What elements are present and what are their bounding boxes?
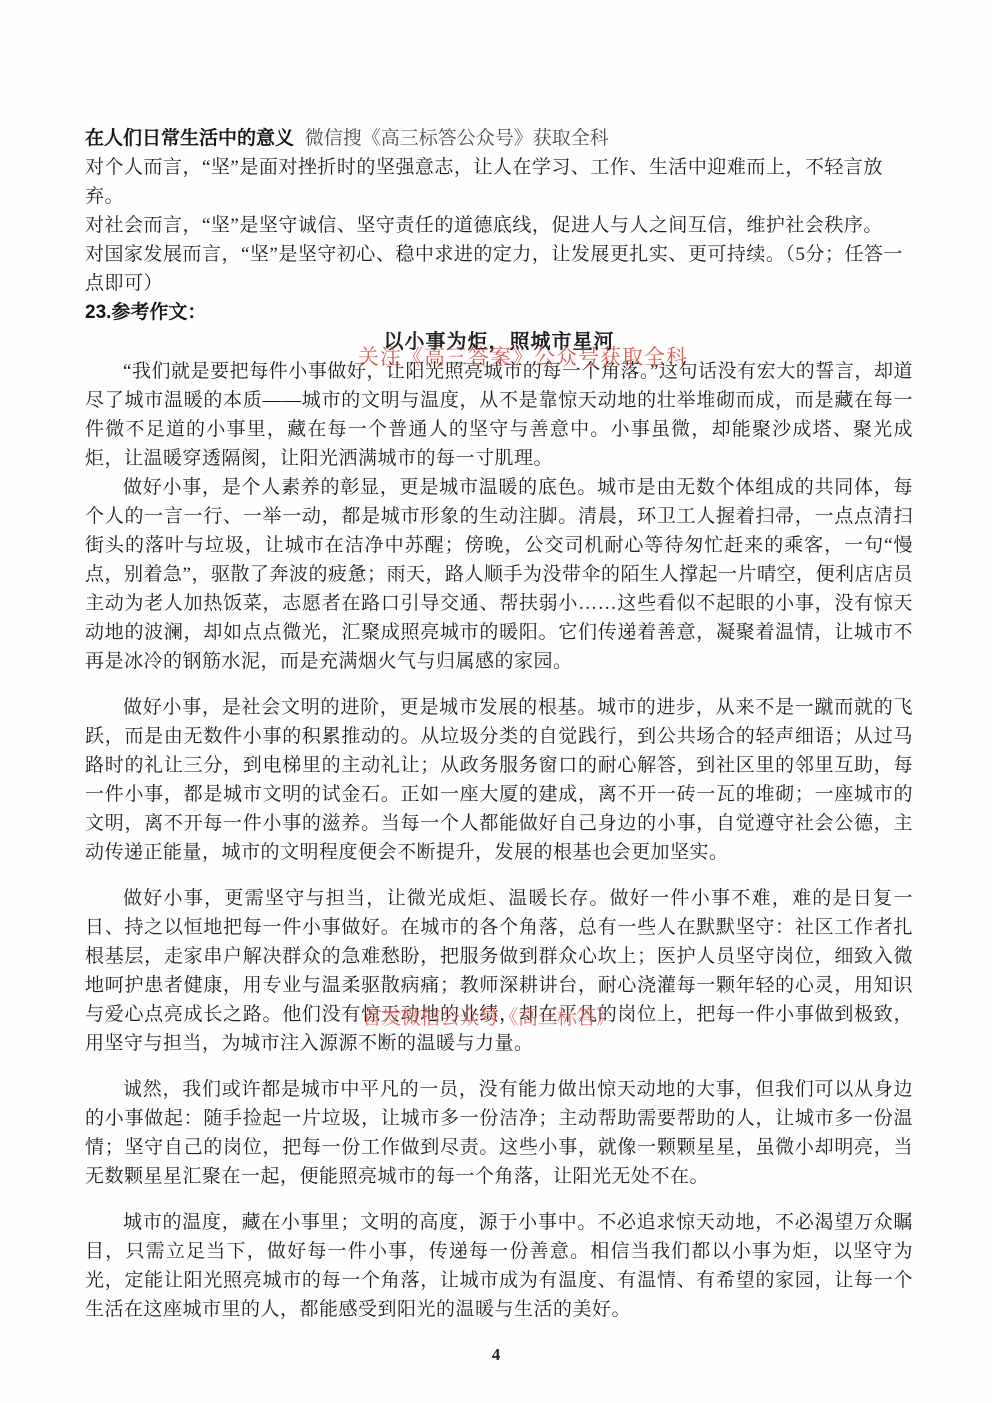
model-essay: 以小事为炬，照城市星河 “我们就是要把每件小事做好，让阳光照亮城市的每一个角落。… xyxy=(85,327,913,1324)
page-number: 4 xyxy=(0,1345,992,1365)
essay-paragraph-1: “我们就是要把每件小事做好，让阳光照亮城市的每一个角落。”这句话没有宏大的誓言，… xyxy=(85,357,913,473)
essay-paragraph-5: 诚然，我们或许都是城市中平凡的一员，没有能力做出惊天动地的大事，但我们可以从身边… xyxy=(85,1075,913,1191)
essay-paragraph-2: 做好小事，是个人素养的彰显，更是城市温暖的底色。城市是由无数个体组成的共同体，每… xyxy=(85,473,913,676)
answer-point-nation: 对国家发展而言，“坚”是坚守初心、稳中求进的定力，让发展更扎实、更可持续。（5分… xyxy=(85,240,913,298)
answer-continuation-line: 在人们日常生活中的意义 微信搜《高三标答公众号》获取全科 xyxy=(85,124,913,153)
essay-title: 以小事为炬，照城市星河 xyxy=(85,327,913,357)
answer-point-society: 对社会而言，“坚”是坚守诚信、坚守责任的道德底线，促进人与人之间互信，维护社会秩… xyxy=(85,211,913,240)
document-page: 在人们日常生活中的意义 微信搜《高三标答公众号》获取全科 对个人而言，“坚”是面… xyxy=(0,0,992,1403)
page-content: 在人们日常生活中的意义 微信搜《高三标答公众号》获取全科 对个人而言，“坚”是面… xyxy=(85,124,913,1324)
answer-point-individual: 对个人而言，“坚”是面对挫折时的坚强意志，让人在学习、工作、生活中迎难而上，不轻… xyxy=(85,153,913,211)
essay-paragraph-3: 做好小事，是社会文明的进阶，更是城市发展的根基。城市的进步，从来不是一蹴而就的飞… xyxy=(85,693,913,867)
question-23-label: 23.参考作文： xyxy=(85,298,913,327)
inline-ad-text: 微信搜《高三标答公众号》获取全科 xyxy=(305,128,609,149)
essay-paragraph-6: 城市的温度，藏在小事里；文明的高度，源于小事中。不必追求惊天动地，不必渴望万众瞩… xyxy=(85,1208,913,1324)
answer-continuation-text: 在人们日常生活中的意义 xyxy=(85,128,294,149)
essay-paragraph-4: 做好小事，更需坚守与担当，让微光成炬、温暖长存。做好一件小事不难，难的是日复一日… xyxy=(85,884,913,1058)
